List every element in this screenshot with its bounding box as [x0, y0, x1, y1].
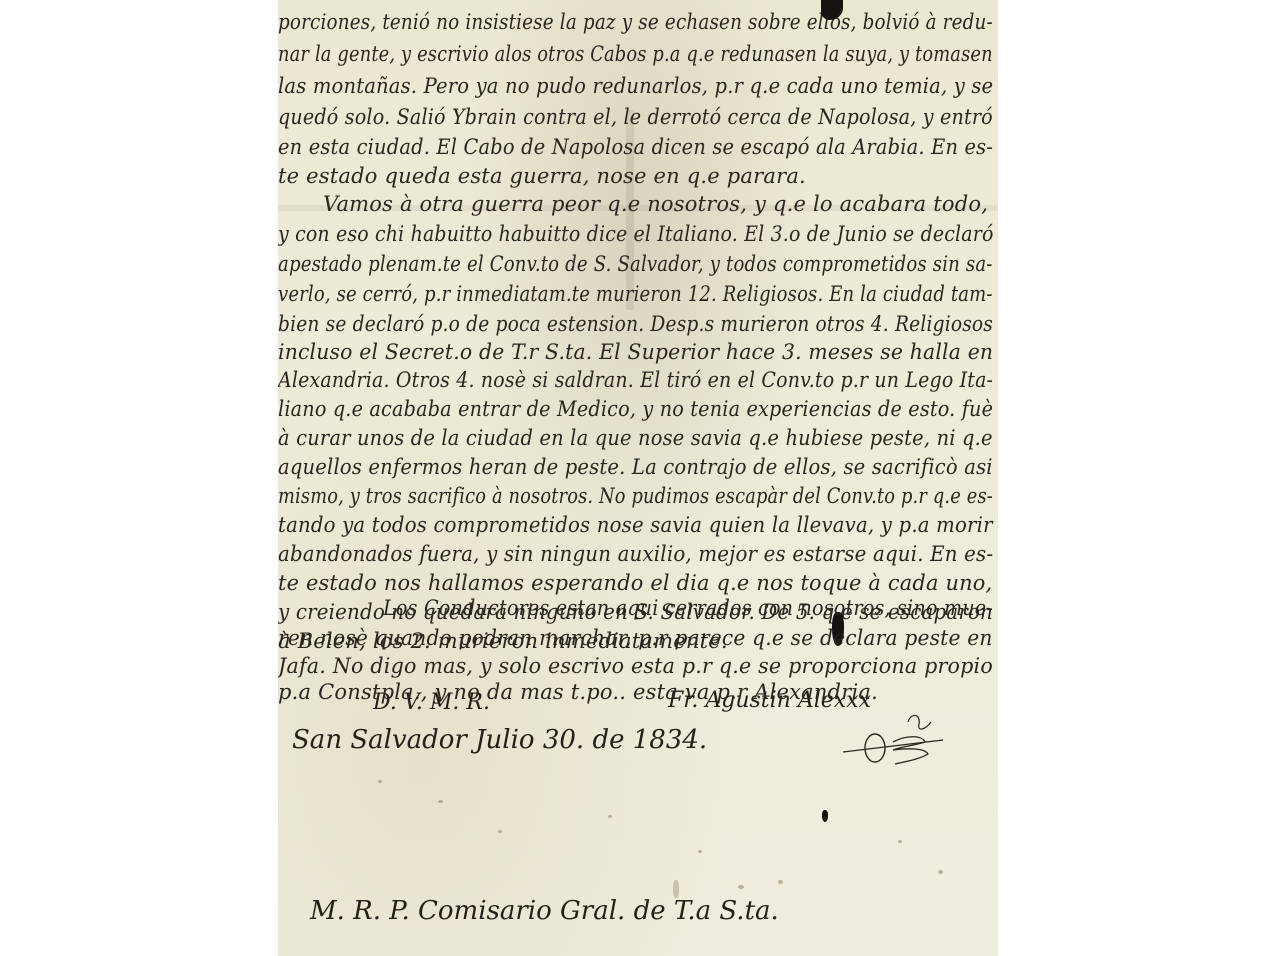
foxing-spot — [738, 885, 744, 889]
foxing-spot — [498, 830, 502, 833]
text-line: nar la gente, y escrivio alos otros Cabo… — [278, 42, 993, 66]
foxing-spot — [438, 800, 443, 803]
text-line: liano q.e acababa entrar de Medico, y no… — [278, 397, 993, 421]
text-line: te estado queda esta guerra, nose en q.e… — [278, 164, 806, 188]
text-line: te estado nos hallamos esperando el dia … — [278, 571, 992, 595]
text-line: p.a Constpla., y no da mas t.po.. esta v… — [278, 680, 878, 704]
text-line: bien se declaró p.o de poca estension. D… — [278, 312, 993, 336]
text-line: tando ya todos comprometidos nose savia … — [278, 513, 993, 537]
foxing-spot — [938, 870, 943, 874]
addressee: M. R. P. Comisario Gral. de T.a S.ta. — [310, 896, 779, 926]
text-line: aquellos enfermos heran de peste. La con… — [278, 455, 993, 479]
text-line: incluso el Secret.o de T.r S.ta. El Supe… — [278, 340, 993, 364]
foxing-spot — [698, 850, 702, 853]
foxing-spot — [778, 880, 783, 884]
text-line: apestado plenam.te el Conv.to de S. Salv… — [278, 252, 993, 276]
text-line: à curar unos de la ciudad en la que nose… — [278, 426, 993, 450]
text-line: Alexandria. Otros 4. nosè si saldran. El… — [278, 368, 993, 392]
ink-blot — [822, 810, 828, 822]
text-line: abandonados fuera, y sin ningun auxilio,… — [278, 542, 993, 566]
foxing-spot — [608, 815, 612, 818]
text-line: quedó solo. Salió Ybrain contra el, le d… — [278, 105, 993, 129]
foxing-spot — [898, 840, 902, 843]
text-line: y con eso chi habuitto habuitto dice el … — [278, 222, 994, 246]
stain — [673, 880, 679, 898]
text-line: ren nosè quando podran marchar, p.r pare… — [278, 626, 993, 650]
text-line: Los Conductores estan aqui cerrados con … — [383, 596, 993, 620]
text-line: Vamos à otra guerra peor q.e nosotros, y… — [323, 192, 988, 216]
text-line: verlo, se cerró, p.r inmediatam.te murie… — [278, 282, 993, 306]
text-line: mismo, y tros sacrifico à nosotros. No p… — [278, 484, 993, 508]
manuscript-page: porciones, tenió no insistiese la paz y … — [278, 0, 998, 956]
text-line: porciones, tenió no insistiese la paz y … — [278, 10, 993, 34]
place-date: San Salvador Julio 30. de 1834. — [292, 725, 707, 755]
rubric-flourish-icon — [833, 712, 953, 772]
text-line: Jafa. No digo mas, y solo escrivo esta p… — [278, 654, 993, 678]
text-line: las montañas. Pero ya no pudo redunarlos… — [278, 74, 993, 98]
text-line: en esta ciudad. El Cabo de Napolosa dice… — [278, 135, 993, 159]
foxing-spot — [378, 780, 382, 783]
